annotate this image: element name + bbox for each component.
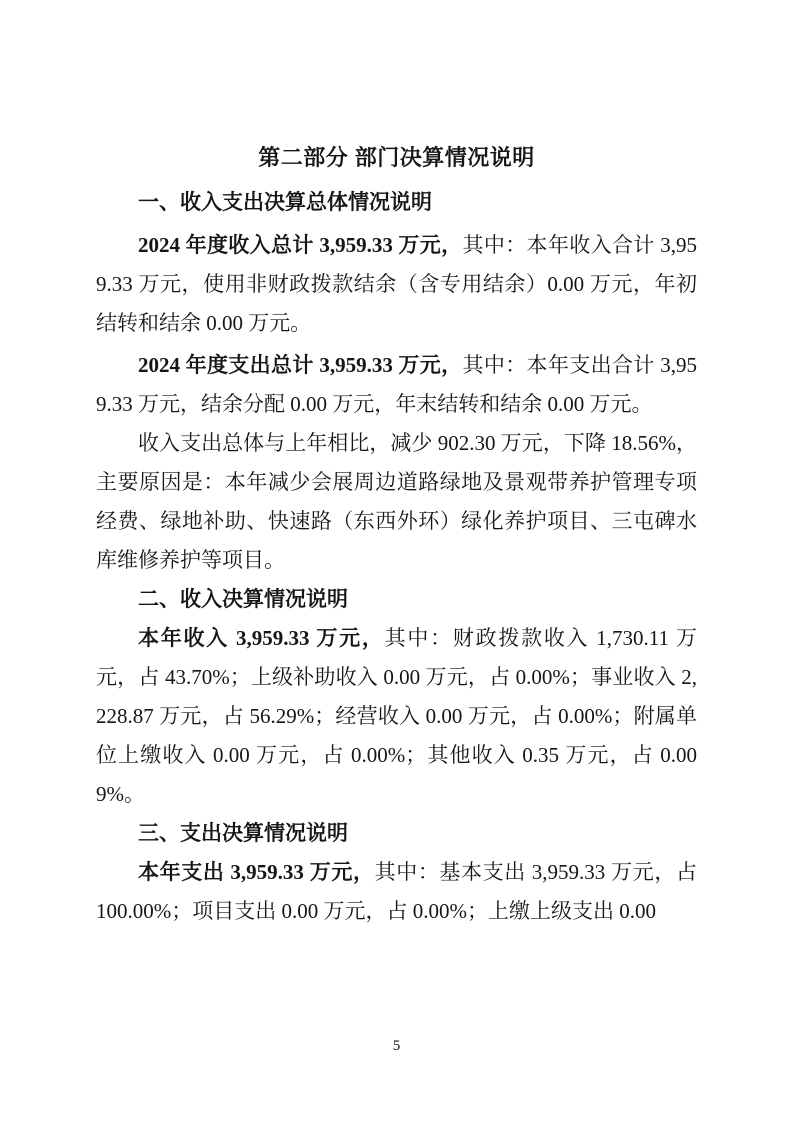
section-heading-overall: 一、收入支出决算总体情况说明: [96, 183, 697, 222]
paragraph-expense-detail: 本年支出 3,959.33 万元，其中：基本支出 3,959.33 万元，占 1…: [96, 853, 697, 931]
paragraph-yearly-comparison: 收入支出总体与上年相比，减少 902.30 万元，下降 18.56%，主要原因是…: [96, 424, 697, 580]
text-run-bold: 2024 年度支出总计 3,959.33 万元，: [138, 353, 462, 377]
text-run-bold: 本年收入 3,959.33 万元，: [138, 626, 385, 650]
text-run-bold: 本年支出 3,959.33 万元，: [138, 860, 375, 884]
text-run: 收入支出总体与上年相比，减少 902.30 万元，下降 18.56%，主要原因是…: [96, 431, 697, 572]
page-number: 5: [0, 1036, 793, 1056]
text-run: 其中：财政拨款收入 1,730.11 万元，占 43.70%；上级补助收入 0.…: [96, 626, 697, 806]
text-run-bold: 2024 年度收入总计 3,959.33 万元，: [138, 233, 462, 257]
paragraph-income-total: 2024 年度收入总计 3,959.33 万元，其中：本年收入合计 3,959.…: [96, 226, 697, 343]
document-page: 第二部分 部门决算情况说明 一、收入支出决算总体情况说明 2024 年度收入总计…: [0, 0, 793, 1122]
paragraph-expense-total: 2024 年度支出总计 3,959.33 万元，其中：本年支出合计 3,959.…: [96, 346, 697, 424]
section-heading-expense: 三、支出决算情况说明: [96, 814, 697, 853]
page-title: 第二部分 部门决算情况说明: [96, 138, 697, 178]
paragraph-income-detail: 本年收入 3,959.33 万元，其中：财政拨款收入 1,730.11 万元，占…: [96, 619, 697, 814]
section-heading-income: 二、收入决算情况说明: [96, 580, 697, 619]
document-content: 第二部分 部门决算情况说明 一、收入支出决算总体情况说明 2024 年度收入总计…: [96, 138, 697, 931]
